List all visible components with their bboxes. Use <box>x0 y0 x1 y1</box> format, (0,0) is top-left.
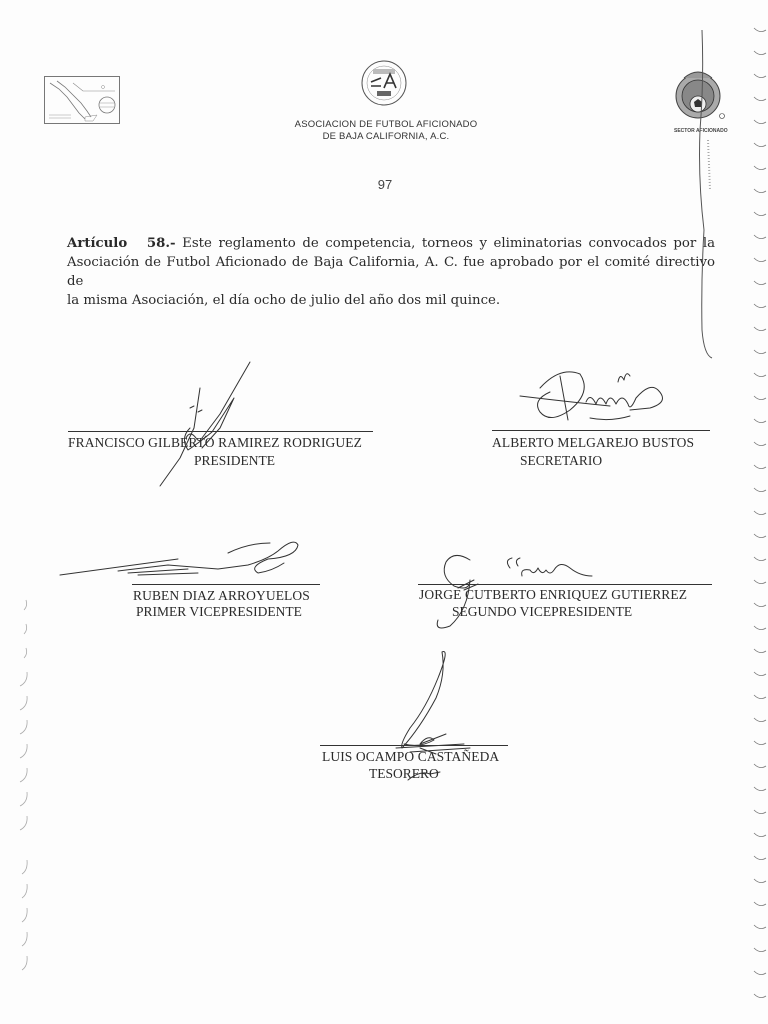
signatory-title-first-vice-president: PRIMER VICEPRESIDENTE <box>136 604 302 620</box>
map-icon <box>45 77 121 125</box>
signature-line-secretary <box>492 430 710 431</box>
article-number: 58.- <box>147 236 176 251</box>
article-line-1: Artículo 58.- Este reglamento de compete… <box>67 234 715 253</box>
article-line1-text: Este reglamento de competencia, torneos … <box>182 236 715 251</box>
afbc-emblem-logo <box>359 58 409 108</box>
article-line-2: Asociación de Futbol Aficionado de Baja … <box>67 253 715 291</box>
org-name-line2: DE BAJA CALIFORNIA, A.C. <box>250 131 522 142</box>
signatory-title-treasurer: TESORERO <box>369 766 439 782</box>
signatory-title-president: PRESIDENTE <box>194 453 275 469</box>
binding-holes-right <box>728 0 768 1024</box>
page-number: 97 <box>370 177 400 192</box>
signatory-name-first-vice-president: RUBEN DIAZ ARROYUELOS <box>133 588 310 604</box>
document-page: ASOCIACION DE FUTBOL AFICIONADO DE BAJA … <box>0 0 768 1024</box>
org-name-line1: ASOCIACION DE FUTBOL AFICIONADO <box>250 119 522 130</box>
article-line-3: la misma Asociación, el día ocho de juli… <box>67 291 715 310</box>
margin-stroke-mark <box>698 0 718 370</box>
signatory-title-second-vice-president: SEGUNDO VICEPRESIDENTE <box>452 604 632 620</box>
signature-line-second-vice-president <box>418 584 712 585</box>
signatory-name-secretary: ALBERTO MELGAREJO BUSTOS <box>492 435 694 451</box>
article-58: Artículo 58.- Este reglamento de compete… <box>67 234 715 310</box>
signature-first-vice-president <box>58 535 308 585</box>
signatory-name-treasurer: LUIS OCAMPO CASTAÑEDA <box>322 749 499 765</box>
signatory-title-secretary: SECRETARIO <box>520 453 602 469</box>
baja-california-map-logo <box>44 76 120 124</box>
emblem-icon <box>359 58 409 108</box>
signature-line-president <box>68 431 373 432</box>
signature-secretary <box>510 362 690 432</box>
signatory-name-second-vice-president: JORGE CUTBERTO ENRIQUEZ GUTIERREZ <box>419 587 687 603</box>
binding-holes-left <box>0 590 40 990</box>
signature-line-first-vice-president <box>132 584 320 585</box>
signatory-name-president: FRANCISCO GILBERTO RAMIREZ RODRIGUEZ <box>68 435 362 451</box>
signature-line-treasurer <box>320 745 508 746</box>
article-heading: Artículo <box>67 236 127 251</box>
